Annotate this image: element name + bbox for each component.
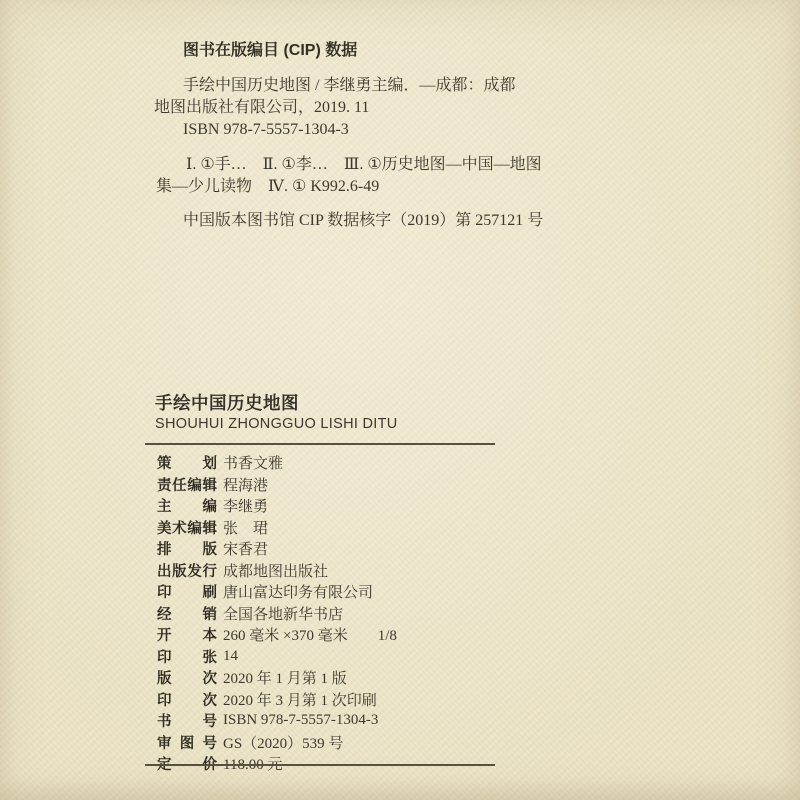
- colophon-value: 张 珺: [223, 517, 268, 538]
- colophon-label: 书号: [157, 710, 217, 731]
- colophon-label: 排版: [157, 538, 217, 559]
- colophon-label: 经销: [157, 603, 217, 624]
- colophon-label: 版次: [157, 667, 217, 688]
- colophon-row-art-editor: 美术编辑 张 珺: [157, 517, 637, 539]
- colophon-label: 主编: [157, 495, 217, 516]
- colophon-label: 印次: [157, 689, 217, 710]
- cip-classification-line1: Ⅰ. ①手… Ⅱ. ①李… Ⅲ. ①历史地图—中国—地图: [186, 154, 542, 176]
- colophon-value: 程海港: [223, 474, 268, 495]
- colophon-value: 2020 年 1 月第 1 版: [223, 667, 347, 688]
- colophon-row-planning: 策划 书香文雅: [157, 452, 637, 474]
- colophon-value: GS（2020）539 号: [223, 732, 343, 753]
- colophon-label: 印张: [157, 646, 217, 667]
- colophon-value: 14: [223, 648, 238, 665]
- colophon-value: 260 毫米 ×370 毫米 1/8: [223, 624, 397, 645]
- cip-record-number: 中国版本图书馆 CIP 数据核字（2019）第 257121 号: [183, 210, 543, 232]
- divider-rule-bottom: [145, 764, 495, 766]
- colophon-label: 印刷: [157, 581, 217, 602]
- colophon-row-printing: 印次 2020 年 3 月第 1 次印刷: [157, 689, 637, 711]
- colophon-label: 出版发行: [157, 560, 217, 581]
- book-title: 手绘中国历史地图: [155, 390, 299, 415]
- colophon-label: 审图号: [157, 732, 217, 753]
- colophon-row-edition: 版次 2020 年 1 月第 1 版: [157, 667, 637, 689]
- colophon-row-editor: 责任编辑 程海港: [157, 474, 637, 496]
- colophon-value: 成都地图出版社: [223, 560, 328, 581]
- colophon-label: 策划: [157, 452, 217, 473]
- colophon-row-publisher: 出版发行 成都地图出版社: [157, 560, 637, 582]
- colophon-row-chief-editor: 主编 李继勇: [157, 495, 637, 517]
- colophon-row-printer: 印刷 唐山富达印务有限公司: [157, 581, 637, 603]
- colophon-label: 责任编辑: [157, 474, 217, 495]
- book-title-pinyin: SHOUHUI ZHONGGUO LISHI DITU: [155, 416, 398, 432]
- colophon-value: 李继勇: [223, 495, 268, 516]
- colophon-row-sheets: 印张 14: [157, 646, 637, 668]
- colophon-value: 2020 年 3 月第 1 次印刷: [223, 689, 377, 710]
- colophon-value: 宋香君: [223, 538, 268, 559]
- colophon-value: 全国各地新华书店: [223, 603, 343, 624]
- cip-classification-line2: 集—少儿读物 Ⅳ. ① K992.6-49: [156, 176, 379, 198]
- cip-isbn-line: ISBN 978-7-5557-1304-3: [183, 119, 349, 141]
- colophon-list: 策划 书香文雅 责任编辑 程海港 主编 李继勇 美术编辑 张 珺 排版 宋香君 …: [157, 452, 637, 775]
- cip-heading: 图书在版编目 (CIP) 数据: [183, 37, 357, 60]
- colophon-row-typesetting: 排版 宋香君: [157, 538, 637, 560]
- cip-description-line2: 地图出版社有限公司，2019. 11: [154, 97, 369, 119]
- colophon-value: ISBN 978-7-5557-1304-3: [223, 712, 378, 729]
- colophon-value: 书香文雅: [223, 452, 283, 473]
- colophon-row-map-approval-number: 审图号 GS（2020）539 号: [157, 732, 637, 754]
- colophon-row-distributor: 经销 全国各地新华书店: [157, 603, 637, 625]
- colophon-label: 开本: [157, 624, 217, 645]
- divider-rule-top: [145, 443, 495, 445]
- colophon-row-book-number: 书号 ISBN 978-7-5557-1304-3: [157, 710, 637, 732]
- colophon-label: 美术编辑: [157, 517, 217, 538]
- colophon-row-format: 开本 260 毫米 ×370 毫米 1/8: [157, 624, 637, 646]
- copyright-page: 图书在版编目 (CIP) 数据 手绘中国历史地图 / 李继勇主编．—成都：成都 …: [0, 0, 800, 800]
- colophon-value: 唐山富达印务有限公司: [223, 581, 373, 602]
- cip-description-line1: 手绘中国历史地图 / 李继勇主编．—成都：成都: [183, 75, 515, 97]
